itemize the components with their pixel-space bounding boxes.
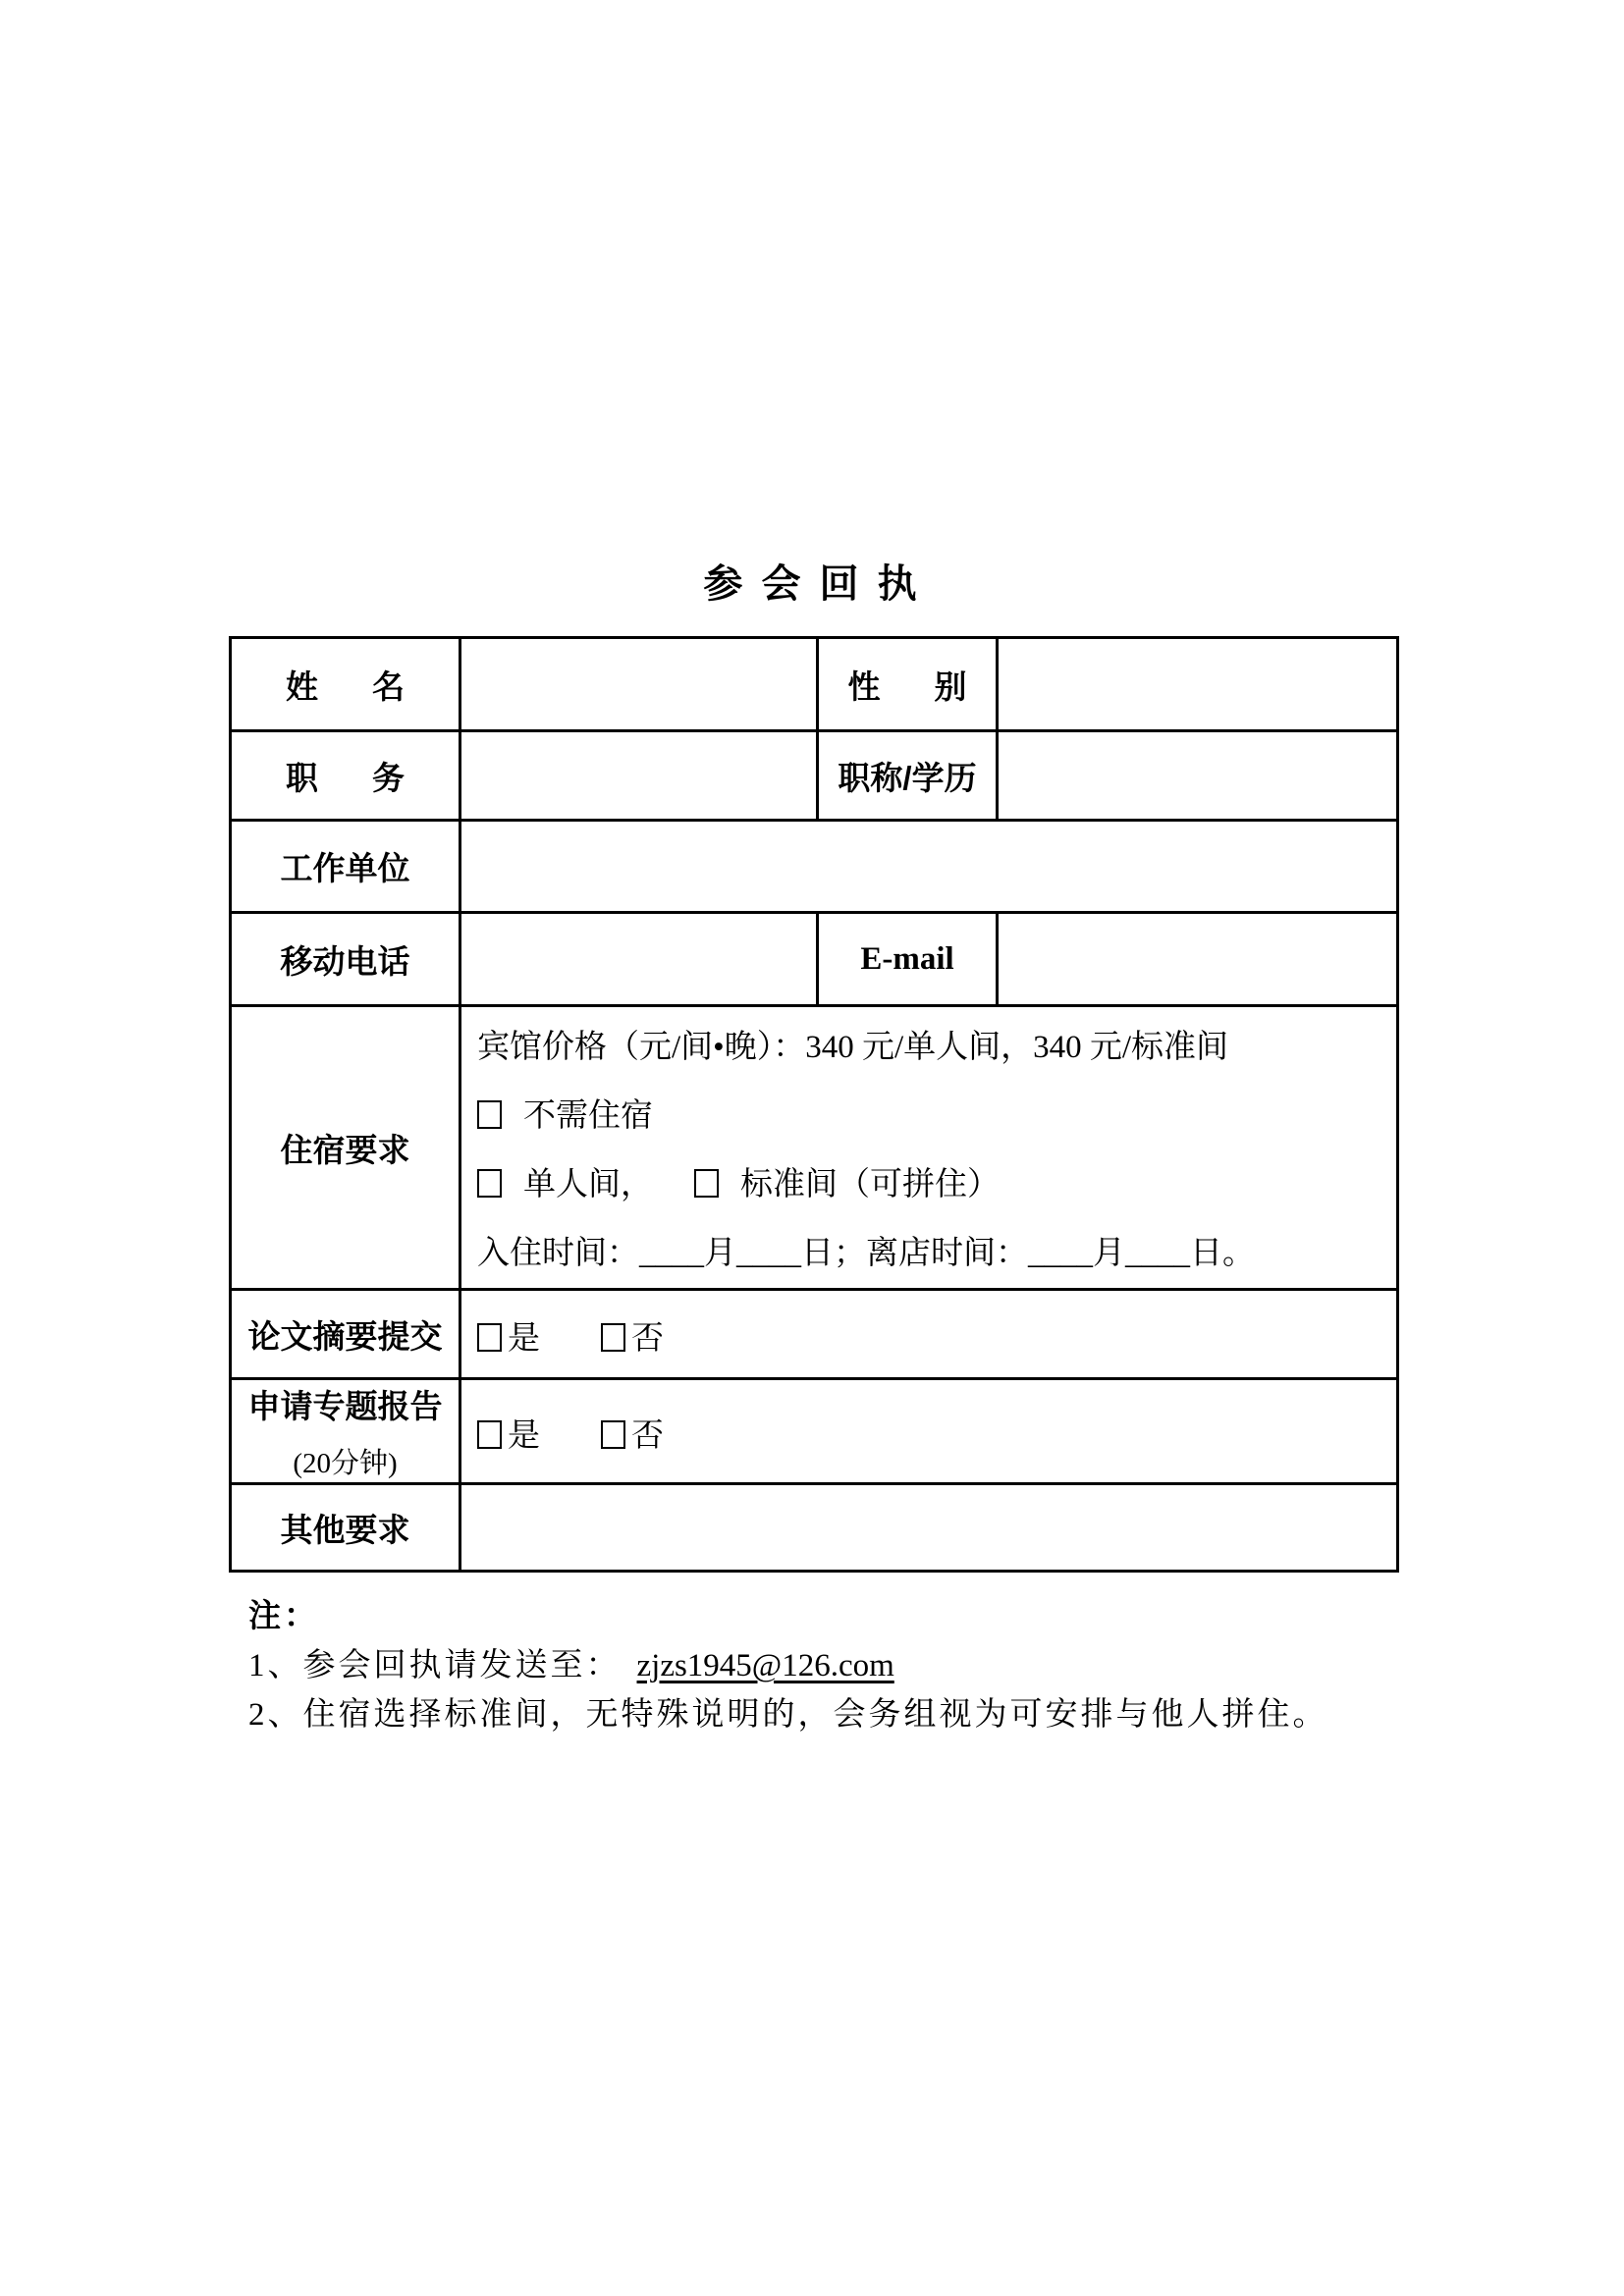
accommodation-label: 住宿要求 (231, 1006, 460, 1290)
row-position-title: 职 务 职称/学历 (231, 731, 1398, 821)
abstract-no-checkbox[interactable] (601, 1323, 625, 1352)
title-degree-label: 职称/学历 (818, 731, 998, 821)
mobile-label: 移动电话 (231, 913, 460, 1006)
other-label: 其他要求 (231, 1484, 460, 1572)
accommodation-content-cell: 宾馆价格（元/间•晚）：340 元/单人间，340 元/标准间 不需住宿 单人间… (460, 1006, 1398, 1290)
checkin-checkout-line: 入住时间：____月____日；离店时间：____月____日。 (477, 1219, 1386, 1288)
row-abstract: 论文摘要提交 是否 (231, 1290, 1398, 1379)
room-type-option-line: 单人间，标准间（可拼住） (477, 1150, 1386, 1219)
report-yes-label: 是 (508, 1418, 540, 1454)
row-mobile-email: 移动电话 E-mail (231, 913, 1398, 1006)
report-duration-label: (20分钟) (232, 1441, 459, 1481)
notes-heading: 注： (248, 1592, 1328, 1641)
hotel-price-line: 宾馆价格（元/间•晚）：340 元/单人间，340 元/标准间 (477, 1013, 1386, 1082)
note1-text: 1、参会回执请发送至： (248, 1648, 622, 1683)
work-unit-label: 工作单位 (231, 821, 460, 913)
email-label: E-mail (818, 913, 998, 1006)
report-no-checkbox[interactable] (601, 1420, 625, 1449)
single-room-option-label: 单人间， (523, 1167, 653, 1202)
no-hotel-option-line: 不需住宿 (477, 1082, 1386, 1150)
standard-room-option-label: 标准间（可拼住） (740, 1167, 1000, 1202)
work-unit-input-cell[interactable] (460, 821, 1398, 913)
name-label: 姓 名 (231, 638, 460, 731)
row-other: 其他要求 (231, 1484, 1398, 1572)
notes-section: 注： 1、参会回执请发送至：zjzs1945@126.com 2、住宿选择标准间… (248, 1592, 1328, 1739)
abstract-yes-checkbox[interactable] (477, 1323, 502, 1352)
report-label-text: 申请专题报告 (248, 1388, 443, 1424)
mobile-input-cell[interactable] (460, 913, 818, 1006)
abstract-yes-label: 是 (508, 1321, 540, 1357)
single-room-checkbox[interactable] (477, 1169, 502, 1198)
report-options-cell: 是否 (460, 1379, 1398, 1484)
title-degree-input-cell[interactable] (998, 731, 1398, 821)
reply-form-table: 姓 名 性 别 职 务 职称/学历 工作单位 移动电话 E-mail 住宿要求 (229, 636, 1399, 1573)
abstract-label: 论文摘要提交 (231, 1290, 460, 1379)
report-yes-checkbox[interactable] (477, 1420, 502, 1449)
abstract-no-label: 否 (631, 1321, 664, 1357)
abstract-options-cell: 是否 (460, 1290, 1398, 1379)
email-link[interactable]: zjzs1945@126.com (637, 1648, 894, 1683)
page-title: 参 会 回 执 (0, 553, 1624, 609)
note-item-2: 2、住宿选择标准间，无特殊说明的，会务组视为可安排与他人拼住。 (248, 1690, 1328, 1739)
gender-input-cell[interactable] (998, 638, 1398, 731)
note-item-1: 1、参会回执请发送至：zjzs1945@126.com (248, 1641, 1328, 1690)
standard-room-checkbox[interactable] (694, 1169, 719, 1198)
email-input-cell[interactable] (998, 913, 1398, 1006)
no-hotel-option-label: 不需住宿 (523, 1098, 653, 1134)
other-input-cell[interactable] (460, 1484, 1398, 1572)
position-input-cell[interactable] (460, 731, 818, 821)
document-page: 参 会 回 执 姓 名 性 别 职 务 职称/学历 工作单位 移动电话 E-ma… (0, 0, 1624, 2296)
name-input-cell[interactable] (460, 638, 818, 731)
report-no-label: 否 (631, 1418, 664, 1454)
row-accommodation: 住宿要求 宾馆价格（元/间•晚）：340 元/单人间，340 元/标准间 不需住… (231, 1006, 1398, 1290)
row-name-gender: 姓 名 性 别 (231, 638, 1398, 731)
gender-label: 性 别 (818, 638, 998, 731)
row-report: 申请专题报告(20分钟) 是否 (231, 1379, 1398, 1484)
position-label: 职 务 (231, 731, 460, 821)
report-label: 申请专题报告(20分钟) (231, 1379, 460, 1484)
row-work-unit: 工作单位 (231, 821, 1398, 913)
no-hotel-checkbox[interactable] (477, 1100, 502, 1129)
